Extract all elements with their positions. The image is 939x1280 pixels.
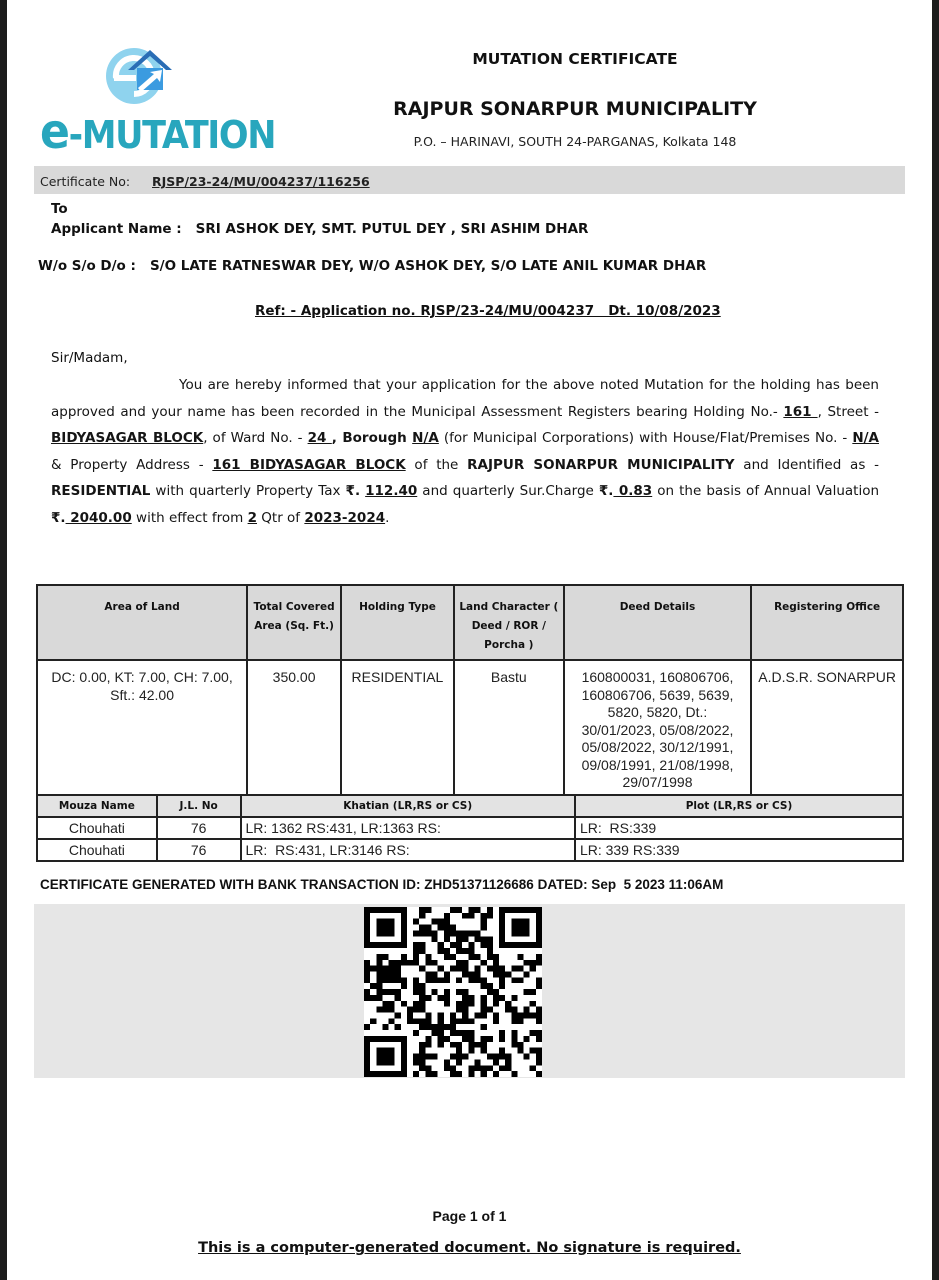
- computer-generated-note: This is a computer-generated document. N…: [0, 1240, 939, 1256]
- khatian-cell: LR: 1362 RS:431, LR:1363 RS:: [241, 817, 575, 839]
- jl-no-cell: 76: [157, 817, 241, 839]
- table-row: Chouhati 76 LR: 1362 RS:431, LR:1363 RS:…: [37, 817, 903, 839]
- applicant-name-line: Applicant Name :SRI ASHOK DEY, SMT. PUTU…: [51, 221, 588, 237]
- mouza-name-cell: Chouhati: [37, 817, 157, 839]
- street-name: BIDYASAGAR BLOCK: [51, 430, 203, 446]
- applicant-name-label: Applicant Name :: [51, 221, 182, 237]
- relation-label: W/o S/o D/o :: [38, 258, 136, 274]
- area-of-land-cell: DC: 0.00, KT: 7.00, CH: 7.00, Sft.: 42.0…: [37, 660, 247, 795]
- land-details-table: Area of Land Total Covered Area (Sq. Ft.…: [36, 584, 904, 796]
- property-tax: 112.40: [365, 483, 417, 499]
- application-reference: Ref: - Application no. RJSP/23-24/MU/004…: [255, 303, 721, 319]
- column-header: Mouza Name: [37, 795, 157, 817]
- mouza-name-cell: Chouhati: [37, 839, 157, 861]
- applicant-name-value: SRI ASHOK DEY, SMT. PUTUL DEY , SRI ASHI…: [196, 221, 589, 237]
- to-label: To: [51, 201, 68, 217]
- jl-no-cell: 76: [157, 839, 241, 861]
- table-row: Chouhati 76 LR: RS:431, LR:3146 RS: LR: …: [37, 839, 903, 861]
- viewer-border-right: [932, 0, 939, 1280]
- plot-cell: LR: 339 RS:339: [575, 839, 903, 861]
- certificate-number-bar: Certificate No: RJSP/23-24/MU/004237/116…: [34, 166, 905, 194]
- certificate-number-label: Certificate No:: [40, 174, 130, 189]
- ward-number: 24: [308, 430, 332, 446]
- effective-year: 2023-2024: [304, 510, 385, 526]
- borough: N/A: [412, 430, 439, 446]
- column-header: Land Character ( Deed / ROR / Porcha ): [454, 585, 564, 660]
- municipality-address: P.O. – HARINAVI, SOUTH 24-PARGANAS, Kolk…: [380, 134, 770, 149]
- mouza-table: Mouza Name J.L. No Khatian (LR,RS or CS)…: [36, 794, 904, 862]
- house-arrow-logo-icon: [40, 46, 240, 106]
- registering-office-cell: A.D.S.R. SONARPUR: [751, 660, 903, 795]
- document-title: MUTATION CERTIFICATE: [400, 50, 750, 68]
- page-number: Page 1 of 1: [0, 1208, 939, 1224]
- table-header-row: Mouza Name J.L. No Khatian (LR,RS or CS)…: [37, 795, 903, 817]
- table-row: DC: 0.00, KT: 7.00, CH: 7.00, Sft.: 42.0…: [37, 660, 903, 795]
- salutation: Sir/Madam,: [51, 350, 128, 366]
- certificate-number: RJSP/23-24/MU/004237/116256: [152, 174, 370, 189]
- covered-area-cell: 350.00: [247, 660, 341, 795]
- column-header: J.L. No: [157, 795, 241, 817]
- annual-valuation: 2040.00: [66, 510, 132, 526]
- effective-quarter: 2: [248, 510, 257, 526]
- plot-cell: LR: RS:339: [575, 817, 903, 839]
- rupee-symbol: ₹.: [346, 483, 361, 499]
- rupee-symbol: ₹.: [51, 510, 66, 526]
- property-address: 161 BIDYASAGAR BLOCK: [212, 457, 405, 473]
- e-mutation-logo: e-MUTATION: [40, 46, 240, 154]
- column-header: Registering Office: [751, 585, 903, 660]
- municipality-name: RAJPUR SONARPUR MUNICIPALITY: [380, 98, 770, 120]
- bank-transaction-line: CERTIFICATE GENERATED WITH BANK TRANSACT…: [40, 877, 723, 892]
- column-header: Plot (LR,RS or CS): [575, 795, 903, 817]
- premises-number: N/A: [852, 430, 879, 446]
- letter-body: You are hereby informed that your applic…: [51, 372, 879, 532]
- column-header: Holding Type: [341, 585, 454, 660]
- relation-value: S/O LATE RATNESWAR DEY, W/O ASHOK DEY, S…: [150, 258, 706, 274]
- column-header: Area of Land: [37, 585, 247, 660]
- land-character-cell: Bastu: [454, 660, 564, 795]
- logo-wordmark: e-MUTATION: [40, 104, 275, 160]
- qr-code-icon: [364, 907, 542, 1077]
- column-header: Total Covered Area (Sq. Ft.): [247, 585, 341, 660]
- rupee-symbol: ₹.: [599, 483, 614, 499]
- table-header-row: Area of Land Total Covered Area (Sq. Ft.…: [37, 585, 903, 660]
- column-header: Deed Details: [564, 585, 752, 660]
- municipality-inline: RAJPUR SONARPUR MUNICIPALITY: [467, 457, 734, 473]
- holding-number: 161: [783, 404, 817, 420]
- holding-type-cell: RESIDENTIAL: [341, 660, 454, 795]
- viewer-border-left: [0, 0, 7, 1280]
- surcharge: 0.83: [613, 483, 652, 499]
- column-header: Khatian (LR,RS or CS): [241, 795, 575, 817]
- deed-details-cell: 160800031, 160806706, 160806706, 5639, 5…: [564, 660, 752, 795]
- khatian-cell: LR: RS:431, LR:3146 RS:: [241, 839, 575, 861]
- relation-line: W/o S/o D/o :S/O LATE RATNESWAR DEY, W/O…: [38, 258, 706, 274]
- holding-identified-as: RESIDENTIAL: [51, 483, 150, 499]
